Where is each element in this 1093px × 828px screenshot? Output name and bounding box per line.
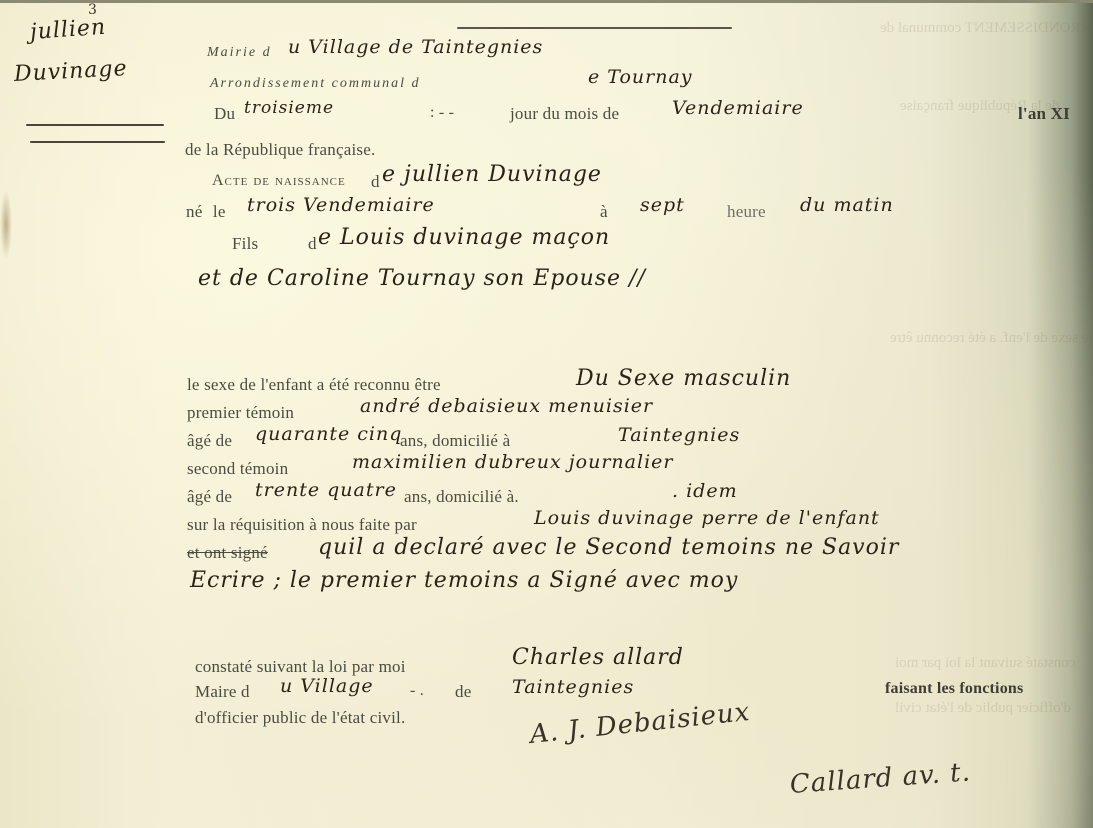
sexe-label: le sexe de l'enfant a été reconnu être	[187, 375, 441, 395]
arrondissement-label: Arrondissement communal d	[210, 76, 420, 92]
margin-rule	[30, 141, 165, 143]
declaration-line-2: Ecrire ; le premier temoins a Signé avec…	[190, 568, 738, 593]
officer-name: Charles allard	[512, 645, 684, 670]
day-suffix: jour du mois de	[510, 104, 619, 124]
year-label: l'an XI	[1018, 104, 1070, 124]
domicile1-value: Taintegnies	[618, 424, 740, 446]
mairie-value: u Village de Taintegnies	[288, 36, 543, 58]
republic-label: de la République française.	[185, 140, 375, 160]
bleed-through-text: ARRONDISSEMENT communal de	[880, 20, 1093, 37]
page-top-edge	[0, 0, 1093, 3]
child-name: e jullien Duvinage	[382, 162, 602, 187]
arrondissement-value: e Tournay	[588, 66, 693, 88]
bleed-through-text: d'officier public de l'état civil	[895, 700, 1071, 717]
day-dots: : - -	[430, 104, 454, 122]
mother-line: et de Caroline Tournay son Epouse //	[198, 266, 646, 291]
requisition-label: sur la réquisition à nous faite par	[187, 515, 417, 535]
maire-dots: - .	[410, 682, 424, 700]
signe-label-struck: et ont signé	[187, 543, 268, 563]
temoin2-label: second témoin	[187, 459, 288, 479]
paper-stain	[0, 190, 12, 260]
ans2-label: ans, domicilié à.	[404, 487, 519, 507]
fils-label: Fils	[232, 234, 258, 254]
constate-label: constaté suivant la loi par moi	[195, 657, 406, 677]
time-of-day-value: du matin	[800, 194, 894, 216]
commune-value: Taintegnies	[512, 676, 634, 698]
declaration-line-1: quil a declaré avec le Second temoins ne…	[318, 535, 899, 560]
a-label: à	[600, 202, 608, 222]
acte-d: d	[371, 172, 380, 192]
officier-label: d'officier public de l'état civil.	[195, 708, 405, 728]
birth-hour-value: sept	[640, 194, 685, 216]
father-name: e Louis duvinage maçon	[318, 225, 610, 250]
maire-label: Maire d	[195, 682, 250, 702]
mairie-label: Mairie d	[207, 45, 272, 61]
ans1-label: ans, domicilié à	[400, 431, 510, 451]
requisition-value: Louis duvinage perre de l'enfant	[534, 507, 880, 529]
temoin1-value: andré debaisieux menuisier	[360, 395, 653, 417]
day-value: troisieme	[244, 98, 334, 118]
birth-date-value: trois Vendemiaire	[247, 194, 435, 216]
ne-le-label: né le	[186, 202, 226, 222]
sexe-value: Du Sexe masculin	[576, 366, 791, 391]
age1-value: quarante cinq	[255, 423, 402, 445]
maire-value: u Village	[280, 675, 374, 697]
age1-label: âgé de	[187, 431, 232, 451]
temoin1-label: premier témoin	[187, 403, 294, 423]
heure-label: heure	[727, 202, 766, 222]
age2-value: trente quatre	[255, 479, 397, 501]
day-prefix: Du	[214, 104, 235, 124]
acte-label: Acte de naissance	[212, 172, 346, 190]
header-rule	[457, 27, 732, 29]
fonctions-label: faisant les fonctions	[885, 680, 1023, 698]
maire-de-label: de	[455, 682, 471, 702]
temoin2-value: maximilien dubreux journalier	[352, 451, 673, 473]
month-value: Vendemiaire	[672, 97, 804, 119]
fils-de-label: d	[308, 234, 317, 254]
age2-label: âgé de	[187, 487, 232, 507]
bleed-through-text: constaté suivant la loi par moi	[895, 655, 1075, 672]
margin-rule	[26, 124, 164, 126]
domicile2-value: . idem	[672, 480, 738, 502]
bleed-through-text: le sexe de l'enf. a été reconnu être	[890, 330, 1093, 347]
margin-first-name: jullien	[29, 15, 107, 45]
